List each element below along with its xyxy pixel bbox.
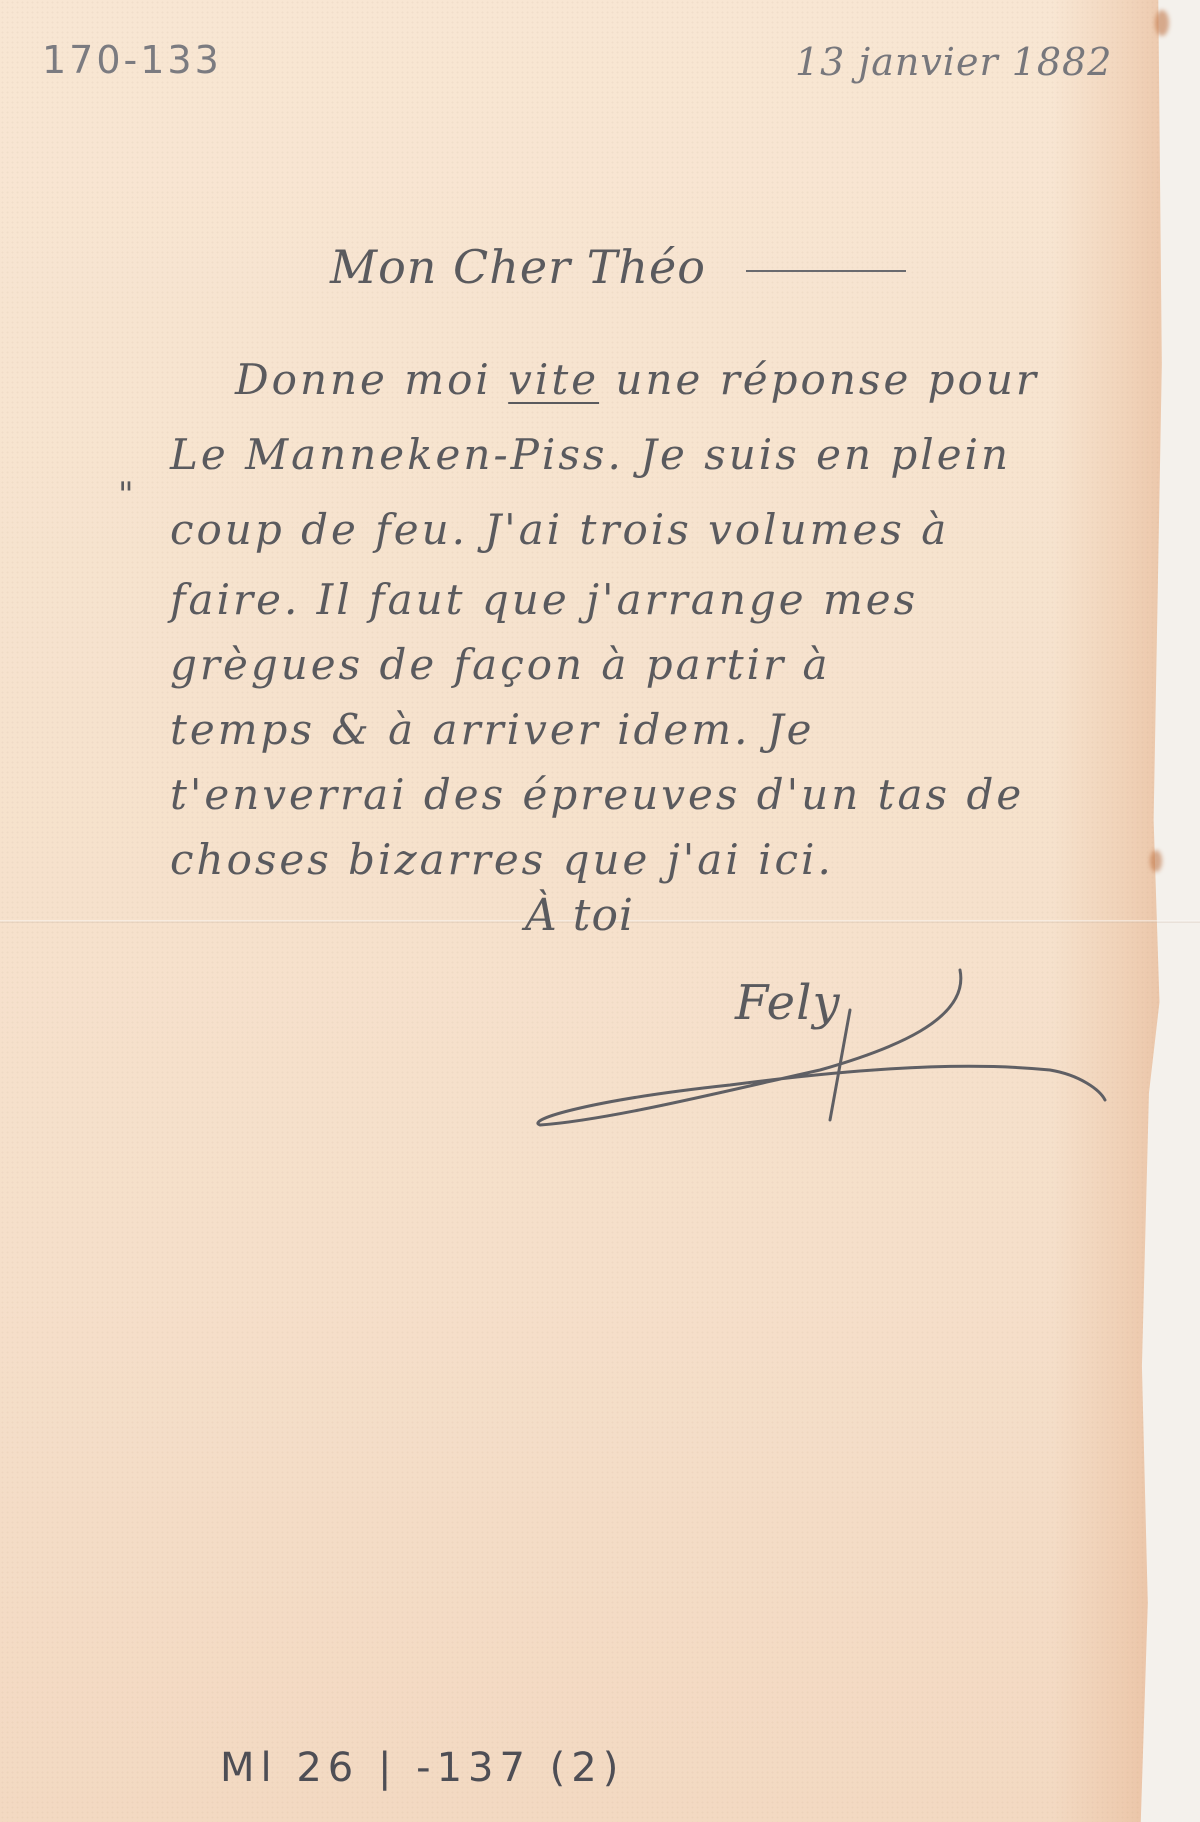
body-line-1-start: Donne moi xyxy=(235,355,508,404)
body-line-8: choses bizarres que j'ai ici. xyxy=(170,835,834,884)
body-line-2: Le Manneken-Piss. Je suis en plein xyxy=(170,430,1011,479)
letter-date: 13 janvier 1882 xyxy=(795,40,1112,84)
archive-catalog-number: Ml 26 | -137 (2) xyxy=(220,1745,624,1791)
salutation-dash xyxy=(746,270,906,272)
body-line-1: Donne moi vite une réponse pour xyxy=(235,355,1039,404)
signature-flourish xyxy=(530,960,1110,1140)
body-line-5: grègues de façon à partir à xyxy=(170,640,831,689)
salutation-text: Mon Cher Théo xyxy=(330,240,706,294)
salutation: Mon Cher Théo xyxy=(330,240,906,294)
body-line-3: coup de feu. J'ai trois volumes à xyxy=(170,505,949,554)
body-line-7: t'enverrai des épreuves d'un tas de xyxy=(170,770,1024,819)
margin-mark: " xyxy=(118,475,135,515)
body-line-6: temps & à arriver idem. Je xyxy=(170,705,815,754)
body-line-4: faire. Il faut que j'arrange mes xyxy=(170,575,918,624)
stain-top-right xyxy=(1155,10,1169,36)
stain-right-edge xyxy=(1150,850,1162,872)
underlined-word: vite xyxy=(508,355,599,404)
top-left-reference-number: 170-133 xyxy=(42,38,222,82)
closing: À toi xyxy=(525,890,634,941)
body-line-1-end: une réponse pour xyxy=(599,355,1039,404)
